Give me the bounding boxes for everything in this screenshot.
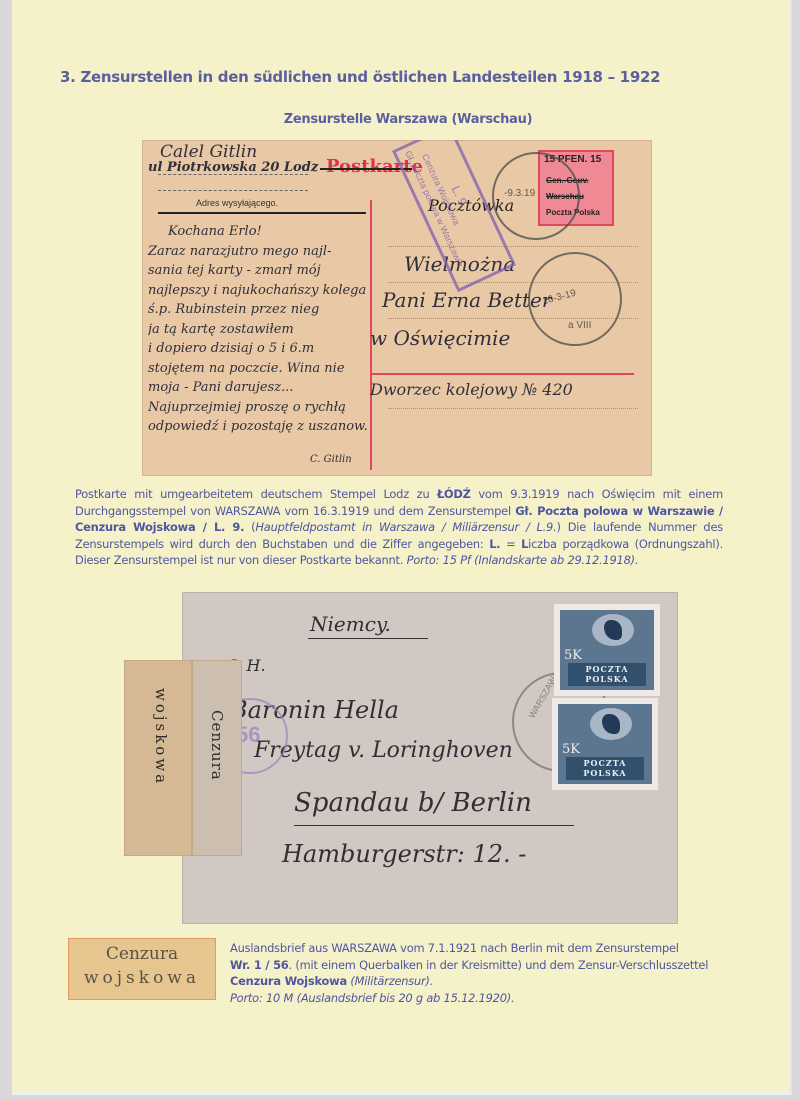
envelope-image: Niemcy. I. H. Baronin Hella Freytag v. L… (182, 592, 678, 924)
envelope-address-4: Spandau b/ Berlin (294, 788, 532, 818)
sender-name: Calel Gitlin (160, 142, 257, 162)
address-rule-1 (388, 246, 638, 248)
envelope-country-line: Niemcy. (310, 612, 391, 636)
album-sheet: 3. Zensurstellen in den südlichen und ös… (12, 0, 792, 1095)
country-underline (308, 638, 428, 639)
message-line: Najuprzejmiej proszę o rychłą (148, 400, 346, 415)
envelope-caption: Auslandsbrief aus WARSZAWA vom 7.1.1921 … (230, 940, 750, 1006)
message-line: Zaraz narazjutro mego najl- (148, 244, 331, 259)
stamp-lower-banner: POCZTAPOLSKA (566, 757, 644, 780)
caption1-bold-3: L. (489, 537, 500, 551)
label-detail-line-1: Cenzura (69, 944, 215, 964)
stamp-upper-text-2: POLSKA (585, 674, 628, 684)
label-detail-line-2: wojskowa (69, 968, 215, 988)
censor-label-detail: Cenzura wojskowa (68, 938, 216, 1000)
caption2-line-2: Wr. 1 / 56. (mit einem Querbalken in der… (230, 957, 750, 974)
caption1-bold-1: ŁÓDŹ (437, 487, 471, 501)
lodz-cancel-date: -9.3.19 (504, 188, 535, 199)
sender-address-label: Adres wysyłającego. (196, 198, 278, 208)
message-line: i dopiero dzisiaj o 5 i 6.m (148, 341, 314, 356)
warszawa-cancel-date: 16-3-19 (541, 288, 577, 308)
sender-address-dotted-line-2 (158, 190, 308, 191)
stamp-upper-text-1: POCZTA (586, 664, 629, 674)
message-line: C. Gitlin (310, 454, 352, 465)
caption2-italic-2: Porto: 10 M (Auslandsbrief bis 20 g ab 1… (230, 991, 514, 1005)
message-line: moja - Pani darujesz... (148, 380, 293, 395)
message-line: ś.p. Rubinstein przez nieg (148, 302, 319, 317)
stamp-5k-lower: 5K POCZTAPOLSKA (552, 698, 658, 790)
envelope-address-5: Hamburgerstr: 12. - (282, 840, 526, 868)
caption1-italic-1: Hauptfeldpostamt in Warszawa / Miliärzen… (255, 520, 556, 534)
lodz-cancel-postmark: -9.3.19 (492, 152, 580, 240)
stamp-lower-text-1: POCZTA (584, 758, 627, 768)
rider-vignette-icon (590, 708, 632, 740)
warszawa-cancel-code: a VIII (568, 320, 591, 331)
message-line: Kochana Erlo! (168, 224, 262, 239)
caption2-italic-1: (Militärzensur). (347, 974, 433, 988)
message-line: odpowiedź i pozostaję z uszanow. (148, 419, 368, 434)
caption1-text-5: = (500, 537, 521, 551)
caption1-italic-2: Porto: 15 Pf (Inlandskarte ab 29.12.1918… (407, 553, 639, 567)
caption2-line-1: Auslandsbrief aus WARSZAWA vom 7.1.1921 … (230, 940, 750, 957)
section-subheading: Zensurstelle Warszawa (Warschau) (12, 112, 790, 127)
caption2-bold-1: Wr. 1 / 56 (230, 958, 289, 972)
message-line: ja tą kartę zostawiłem (148, 322, 294, 337)
address-rule-solid (372, 373, 634, 375)
caption2-bold-2: Cenzura Wojskowa (230, 974, 347, 988)
recipient-line-2: Pani Erna Better (382, 288, 551, 312)
caption1-text-1: Postkarte mit umgearbeitetem deutschem S… (75, 487, 437, 501)
stamp-upper-banner: POCZTAPOLSKA (568, 663, 646, 686)
address-rule-4 (388, 408, 638, 410)
censor-label-strip-left: wojskowa (124, 660, 192, 856)
message-line: sania tej karty - zmarł mój (148, 263, 321, 278)
message-line: najlepszy i najukochańszy kolega (148, 283, 366, 298)
stamp-lower-value: 5K (562, 742, 580, 757)
censor-label-strip-right: Cenzura (192, 660, 242, 856)
caption1-text-3: ( (244, 520, 255, 534)
postcard-caption: Postkarte mit umgearbeitetem deutschem S… (75, 486, 723, 569)
recipient-line-4: Dworzec kolejowy № 420 (370, 380, 573, 399)
message-line: stojętem na poczcie. Wina nie (148, 361, 345, 376)
caption2-line-4: Porto: 10 M (Auslandsbrief bis 20 g ab 1… (230, 990, 750, 1007)
caption2-text-2: . (mit einem Querbalken in der Kreismitt… (289, 958, 709, 972)
sender-divider (158, 212, 366, 214)
stamp-5k-upper: 5K POCZTAPOLSKA (554, 604, 660, 696)
stamp-lower-text-2: POLSKA (583, 768, 626, 778)
city-underline (294, 825, 574, 826)
recipient-line-3: w Oświęcimie (370, 326, 510, 350)
warszawa-transit-postmark: 16-3-19 a VIII (528, 252, 622, 346)
rider-vignette-icon (592, 614, 634, 646)
postkarte-strike-bar (320, 168, 412, 170)
postcard-image: Calel Gitlin ul Piotrkowska 20 Lodz Adre… (142, 140, 652, 476)
caption2-line-3: Cenzura Wojskowa (Militärzensur). (230, 973, 750, 990)
page-heading: 3. Zensurstellen in den südlichen und ös… (60, 68, 660, 86)
sender-address: ul Piotrkowska 20 Lodz (148, 160, 318, 175)
label-word-cenzura: Cenzura (208, 710, 226, 781)
envelope-address-3: Freytag v. Loringhoven (254, 738, 513, 763)
stamp-upper-value: 5K (564, 648, 582, 663)
label-word-wojskowa: wojskowa (152, 688, 170, 786)
